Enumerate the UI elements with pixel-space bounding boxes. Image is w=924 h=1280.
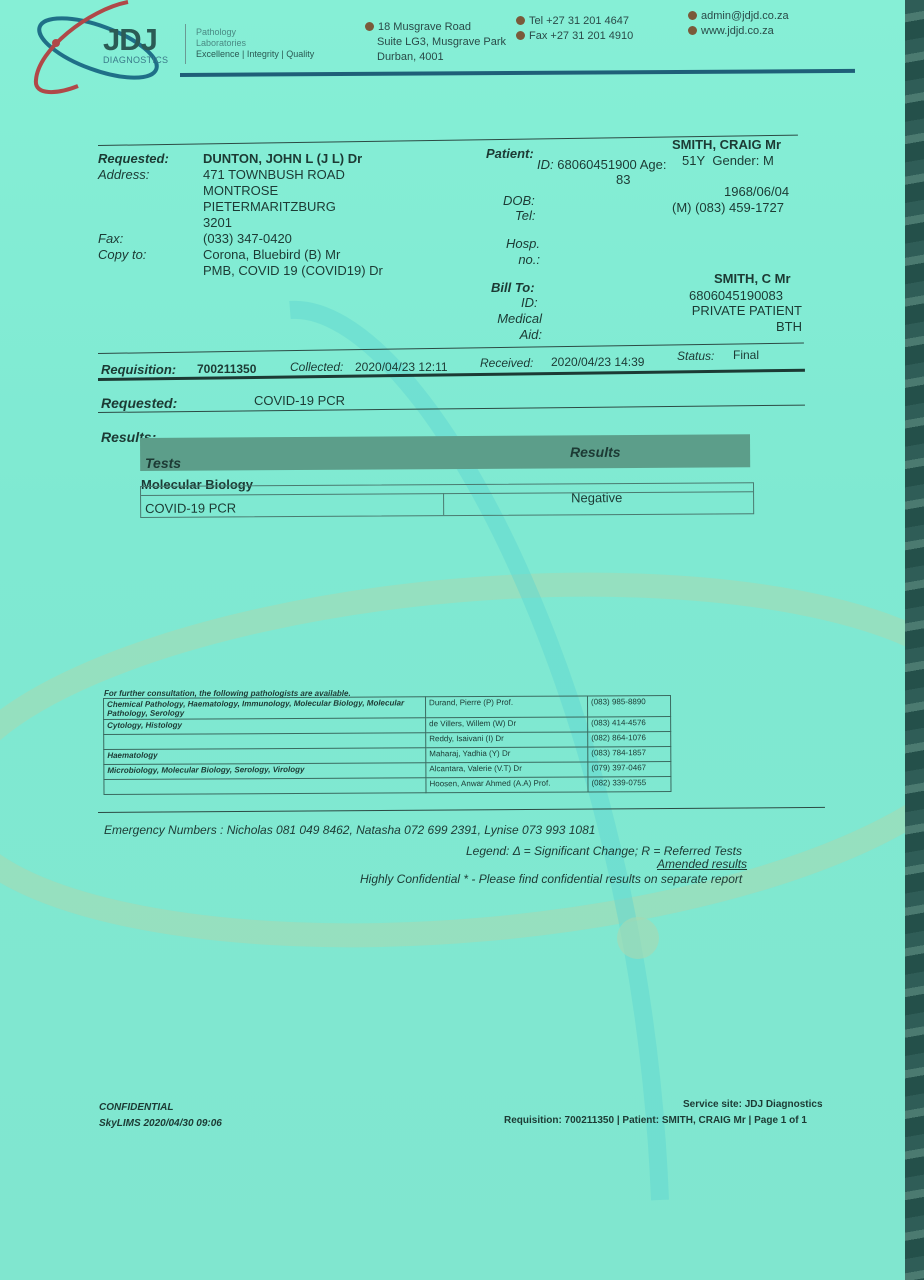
col-results: Results bbox=[570, 444, 621, 460]
requester-address: 471 TOWNBUSH ROAD MONTROSE PIETERMARITZB… bbox=[203, 167, 345, 231]
requested-tests-label: Requested: bbox=[101, 395, 177, 411]
address-line-3: Durban, 4001 bbox=[365, 50, 506, 65]
pathologist-name: Hoosen, Anwar Ahmed (A.A) Prof. bbox=[426, 777, 588, 793]
hosp-label-1: Hosp. bbox=[498, 236, 540, 252]
patient-dob: 1968/06/04 bbox=[724, 184, 789, 199]
lab-tel: Tel +27 31 201 4647 bbox=[529, 15, 629, 27]
results-table-row: COVID-19 PCR Negative bbox=[140, 482, 754, 518]
lab-contact: Tel +27 31 201 4647 Fax +27 31 201 4910 bbox=[516, 14, 633, 44]
email-icon bbox=[688, 11, 697, 20]
medical-aid-code: BTH bbox=[672, 319, 802, 335]
confidential-note: Highly Confidential * - Please find conf… bbox=[360, 872, 742, 886]
table-row: Chemical Pathology, Haematology, Immunol… bbox=[104, 696, 671, 720]
collected-label: Collected: bbox=[290, 360, 343, 374]
collected-value: 2020/04/23 12:11 bbox=[355, 360, 448, 374]
requested-label: Requested: bbox=[98, 151, 169, 166]
bill-to-label: Bill To: bbox=[491, 280, 535, 295]
phone-icon bbox=[516, 16, 525, 25]
tagline-line-1: Pathology bbox=[196, 27, 314, 38]
fax-label: Fax: bbox=[98, 231, 123, 246]
pathologist-name: Maharaj, Yadhia (Y) Dr bbox=[426, 747, 588, 763]
address-line: 471 TOWNBUSH ROAD bbox=[203, 167, 345, 183]
bill-id-label: ID: bbox=[521, 295, 538, 310]
divider bbox=[98, 405, 805, 413]
address-line-2: Suite LG3, Musgrave Park bbox=[365, 35, 506, 50]
requisition-number: 700211350 bbox=[197, 362, 256, 376]
address-line: PIETERMARITZBURG bbox=[203, 199, 345, 215]
copy-to-item: Corona, Bluebird (B) Mr bbox=[203, 247, 383, 263]
amended-results-link[interactable]: Amended results bbox=[657, 857, 747, 871]
header-divider bbox=[185, 24, 186, 64]
lab-online: admin@jdjd.co.za www.jdjd.co.za bbox=[688, 9, 789, 39]
footer-system-stamp: SkyLIMS 2020/04/30 09:06 bbox=[99, 1118, 222, 1129]
lab-address: 18 Musgrave Road Suite LG3, Musgrave Par… bbox=[365, 20, 506, 65]
address-label: Address: bbox=[98, 167, 149, 182]
cell-divider bbox=[443, 493, 444, 515]
brand-name: JDJ bbox=[103, 22, 157, 58]
medical-aid-label: Medical Aid: bbox=[487, 311, 542, 343]
brand-subtitle: DIAGNOSTICS bbox=[103, 55, 168, 65]
header-rule bbox=[180, 69, 855, 77]
results-table-header bbox=[140, 434, 750, 471]
requesting-doctor: DUNTON, JOHN L (J L) Dr bbox=[203, 151, 362, 166]
pathologist-name: de Villers, Willem (W) Dr bbox=[426, 717, 588, 733]
footer-summary: Requisition: 700211350 | Patient: SMITH,… bbox=[504, 1115, 807, 1126]
medical-label-2: Aid: bbox=[487, 327, 542, 343]
tagline-line-2: Laboratories bbox=[196, 38, 314, 49]
copy-to-label: Copy to: bbox=[98, 247, 146, 262]
location-pin-icon bbox=[365, 22, 374, 31]
patient-gender: M bbox=[763, 153, 774, 168]
hosp-no-label: Hosp. no.: bbox=[498, 236, 540, 268]
discipline-cell: Chemical Pathology, Haematology, Immunol… bbox=[104, 697, 426, 720]
copy-to-item: PMB, COVID 19 (COVID19) Dr bbox=[203, 263, 383, 279]
col-tests: Tests bbox=[145, 455, 181, 471]
address-line: 3201 bbox=[203, 215, 345, 231]
pathologists-table: Chemical Pathology, Haematology, Immunol… bbox=[103, 695, 672, 795]
patient-name: SMITH, CRAIG Mr bbox=[672, 137, 781, 152]
age-gender-row: 51Y Gender: M bbox=[682, 153, 774, 168]
pathologist-phone: (082) 864-1076 bbox=[588, 732, 671, 747]
copy-to-list: Corona, Bluebird (B) Mr PMB, COVID 19 (C… bbox=[203, 247, 383, 279]
pathologist-name: Alcantara, Valerie (V.T) Dr bbox=[426, 762, 588, 778]
table-row: Hoosen, Anwar Ahmed (A.A) Prof. (082) 33… bbox=[104, 777, 671, 795]
pathologist-phone: (082) 339-0755 bbox=[588, 777, 671, 792]
patient-id: 68060451900 bbox=[557, 157, 637, 172]
legend-text: Legend: Δ = Significant Change; R = Refe… bbox=[466, 844, 742, 858]
footer-confidential: CONFIDENTIAL bbox=[99, 1102, 173, 1113]
pathologist-phone: (083) 784-1857 bbox=[588, 747, 671, 762]
lab-website[interactable]: www.jdjd.co.za bbox=[701, 25, 774, 37]
address-line-1: 18 Musgrave Road bbox=[378, 21, 471, 33]
pathologist-name: Durand, Pierre (P) Prof. bbox=[425, 696, 587, 718]
lab-fax: Fax +27 31 201 4910 bbox=[529, 30, 633, 42]
age-label: Age: bbox=[640, 157, 667, 172]
report-page: JDJ DIAGNOSTICS Pathology Laboratories E… bbox=[0, 0, 905, 1280]
medical-aid-value: PRIVATE PATIENT BTH bbox=[672, 303, 802, 335]
dob-label: DOB: bbox=[503, 193, 535, 208]
row-divider bbox=[141, 491, 753, 496]
medical-aid-scheme: PRIVATE PATIENT bbox=[672, 303, 802, 319]
hosp-label-2: no.: bbox=[498, 252, 540, 268]
pathologist-phone: (083) 414-4576 bbox=[588, 717, 671, 732]
discipline-cell bbox=[104, 778, 426, 795]
received-value: 2020/04/23 14:39 bbox=[551, 355, 644, 369]
medical-label-1: Medical bbox=[487, 311, 542, 327]
web-icon bbox=[688, 26, 697, 35]
bill-id: 6806045190083 bbox=[689, 288, 783, 303]
patient-tel: (M) (083) 459-1727 bbox=[672, 200, 784, 215]
emergency-numbers: Emergency Numbers : Nicholas 081 049 846… bbox=[104, 823, 595, 837]
footer-service-site: Service site: JDJ Diagnostics bbox=[683, 1099, 823, 1110]
status-badge: Final bbox=[733, 348, 759, 362]
received-label: Received: bbox=[480, 356, 533, 370]
fax-icon bbox=[516, 31, 525, 40]
divider bbox=[98, 807, 825, 813]
discipline-cell: Cytology, Histology bbox=[104, 718, 426, 735]
patient-age: 51Y bbox=[682, 153, 705, 168]
id-label: ID: bbox=[537, 157, 554, 172]
tel-label: Tel: bbox=[515, 208, 535, 223]
requested-tests: COVID-19 PCR bbox=[254, 393, 345, 408]
patient-label: Patient: bbox=[486, 146, 534, 161]
patient-id-row: ID: 68060451900 Age: bbox=[537, 157, 666, 172]
pathologist-name: Reddy, Isaivani (I) Dr bbox=[426, 732, 588, 748]
patient-id-continued: 83 bbox=[616, 172, 630, 187]
discipline-cell: Microbiology, Molecular Biology, Serolog… bbox=[104, 763, 426, 780]
status-label: Status: bbox=[677, 349, 714, 363]
result-value: Negative bbox=[571, 490, 622, 505]
requisition-label: Requisition: bbox=[101, 362, 176, 377]
pathologist-phone: (079) 397-0467 bbox=[588, 762, 671, 777]
discipline-cell: Haematology bbox=[104, 748, 426, 765]
discipline-cell bbox=[104, 733, 426, 750]
tagline-values: Excellence | Integrity | Quality bbox=[196, 49, 314, 60]
tagline: Pathology Laboratories Excellence | Inte… bbox=[196, 27, 314, 60]
result-test-name: COVID-19 PCR bbox=[145, 500, 236, 516]
gender-label: Gender: bbox=[712, 153, 759, 168]
pathologist-phone: (083) 985-8890 bbox=[587, 696, 670, 717]
address-line: MONTROSE bbox=[203, 183, 345, 199]
lab-email[interactable]: admin@jdjd.co.za bbox=[701, 10, 789, 22]
bill-to-name: SMITH, C Mr bbox=[714, 271, 791, 286]
background-surface bbox=[905, 0, 924, 1280]
requester-fax: (033) 347-0420 bbox=[203, 231, 292, 246]
